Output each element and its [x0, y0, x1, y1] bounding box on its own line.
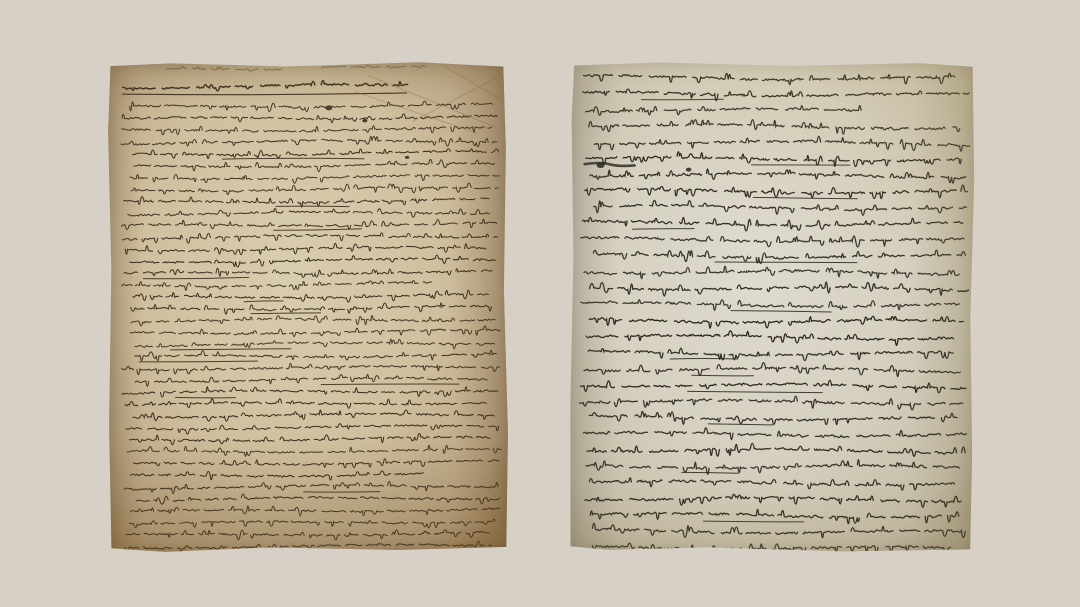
slide-background: Two photographs of handwritten manuscrip…	[0, 0, 1080, 607]
handwriting-ink-left	[107, 61, 510, 553]
handwriting-ink-right	[569, 61, 975, 553]
manuscript-photo-left	[107, 61, 510, 553]
manuscript-description: Two photographs of handwritten manuscrip…	[0, 16, 1, 17]
manuscript-photo-right	[569, 61, 975, 553]
